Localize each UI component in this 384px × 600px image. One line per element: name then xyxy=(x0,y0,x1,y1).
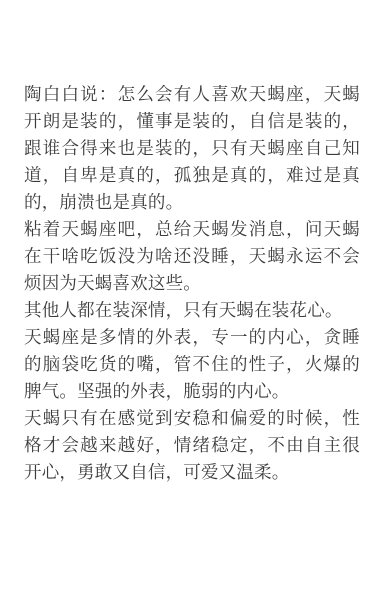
paragraph-affection: 天蝎只有在感觉到安稳和偏爱的时候，性格才会越来越好，情绪稳定，不由自主很开心，勇… xyxy=(24,405,360,486)
paragraph-pretend: 其他人都在装深情，只有天蝎在装花心。 xyxy=(24,297,360,324)
paragraph-intro-quote: 陶白白说：怎么会有人喜欢天蝎座，天蝎开朗是装的，懂事是装的，自信是装的，跟谁合得… xyxy=(24,81,360,216)
article-text: 陶白白说：怎么会有人喜欢天蝎座，天蝎开朗是装的，懂事是装的，自信是装的，跟谁合得… xyxy=(24,81,360,486)
paragraph-messaging: 粘着天蝎座吧，总给天蝎发消息，问天蝎在干啥吃饭没为啥还没睡，天蝎永运不会烦因为天… xyxy=(24,216,360,297)
paragraph-personality: 天蝎座是多情的外表，专一的内心，贪睡的脑袋吃货的嘴，管不住的性子，火爆的脾气。坚… xyxy=(24,324,360,405)
text-image-page: 陶白白说：怎么会有人喜欢天蝎座，天蝎开朗是装的，懂事是装的，自信是装的，跟谁合得… xyxy=(0,0,384,600)
